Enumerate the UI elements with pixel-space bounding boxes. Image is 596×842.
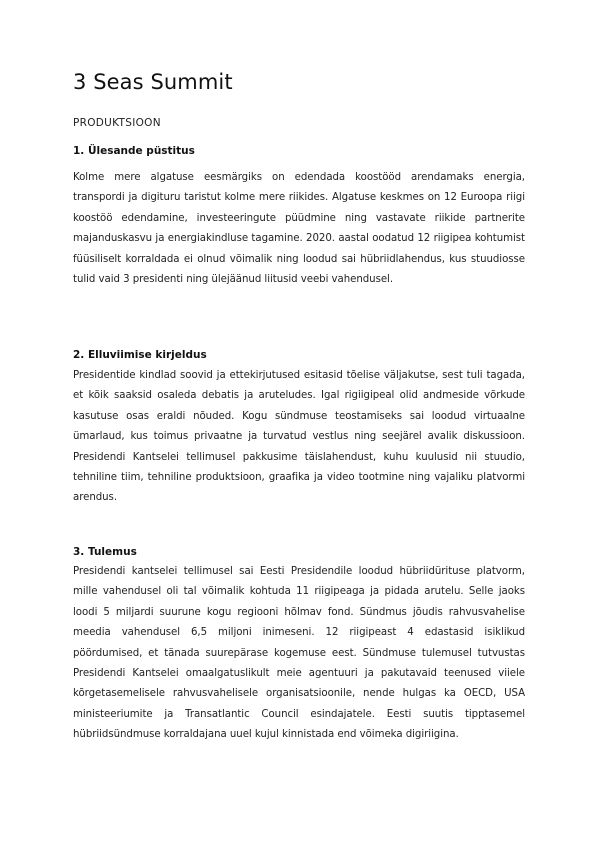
- section-heading-result: 3. Tulemus: [73, 546, 137, 558]
- section-heading-task: 1. Ülesande püstitus: [73, 145, 195, 157]
- document-title: 3 Seas Summit: [73, 70, 233, 94]
- section-body-result: Presidendi kantselei tellimusel sai Eest…: [73, 562, 525, 746]
- section-body-implementation: Presidentide kindlad soovid ja ettekirju…: [73, 366, 525, 509]
- document-subtitle: PRODUKTSIOON: [73, 117, 161, 129]
- section-body-task: Kolme mere algatuse eesmärgiks on edenda…: [73, 168, 525, 290]
- section-heading-implementation: 2. Elluviimise kirjeldus: [73, 349, 207, 361]
